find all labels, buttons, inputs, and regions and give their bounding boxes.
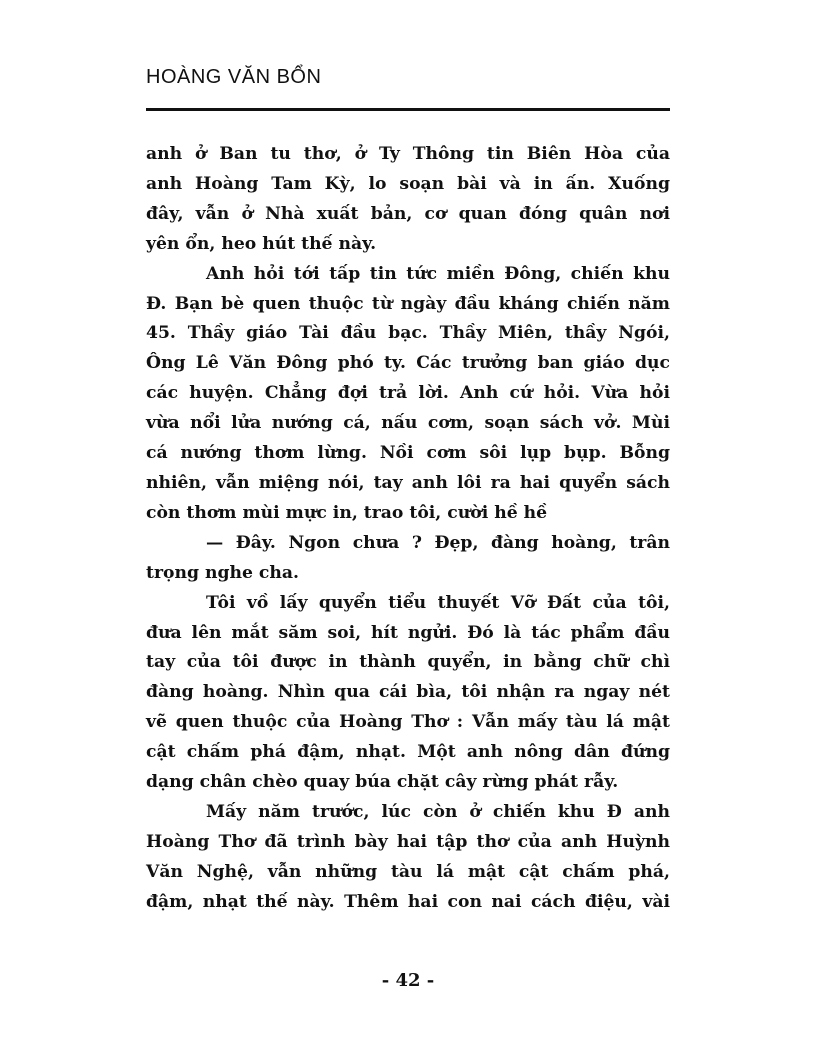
text-line: Mấy năm trước, lúc còn ở chiến khu Đ anh [146, 798, 670, 828]
text-line: Tôi vồ lấy quyển tiểu thuyết Vỡ Đất của … [146, 589, 670, 619]
text-line: dạng chân chèo quay búa chặt cây rừng ph… [146, 768, 670, 798]
text-line: nhiên, vẫn miệng nói, tay anh lôi ra hai… [146, 469, 670, 499]
paragraph-3: — Đây. Ngon chưa ? Đẹp, đàng hoàng, trân… [146, 529, 670, 589]
text-line: 45. Thầy giáo Tài đầu bạc. Thầy Miên, th… [146, 319, 670, 349]
text-line: vẽ quen thuộc của Hoàng Thơ : Vẫn mấy tà… [146, 708, 670, 738]
text-line: đưa lên mắt săm soi, hít ngửi. Đó là tác… [146, 619, 670, 649]
page-number: - 42 - [0, 970, 816, 991]
paragraph-4: Tôi vồ lấy quyển tiểu thuyết Vỡ Đất của … [146, 589, 670, 798]
text-line: đậm, nhạt thế này. Thêm hai con nai cách… [146, 888, 670, 918]
text-line: còn thơm mùi mực in, trao tôi, cười hề h… [146, 499, 670, 529]
text-line: Văn Nghệ, vẫn những tàu lá mật cật chấm … [146, 858, 670, 888]
text-line: đàng hoàng. Nhìn qua cái bìa, tôi nhận r… [146, 678, 670, 708]
text-line: các huyện. Chẳng đợi trả lời. Anh cứ hỏi… [146, 379, 670, 409]
text-line: Hoàng Thơ đã trình bày hai tập thơ của a… [146, 828, 670, 858]
text-line: vừa nổi lửa nướng cá, nấu cơm, soạn sách… [146, 409, 670, 439]
text-line: Ông Lê Văn Đông phó ty. Các trưởng ban g… [146, 349, 670, 379]
paragraph-2: Anh hỏi tới tấp tin tức miền Đông, chiến… [146, 260, 670, 529]
text-line: tay của tôi được in thành quyển, in bằng… [146, 648, 670, 678]
text-line: trọng nghe cha. [146, 559, 670, 589]
text-line: cá nướng thơm lừng. Nồi cơm sôi lụp bụp.… [146, 439, 670, 469]
text-line: đây, vẫn ở Nhà xuất bản, cơ quan đóng qu… [146, 200, 670, 230]
text-line: Anh hỏi tới tấp tin tức miền Đông, chiến… [146, 260, 670, 290]
text-line: cật chấm phá đậm, nhạt. Một anh nông dân… [146, 738, 670, 768]
text-line: anh ở Ban tu thơ, ở Ty Thông tin Biên Hò… [146, 140, 670, 170]
dialogue-line: — Đây. Ngon chưa ? Đẹp, đàng hoàng, trân [146, 529, 670, 559]
body-text: anh ở Ban tu thơ, ở Ty Thông tin Biên Hò… [146, 140, 670, 918]
paragraph-5: Mấy năm trước, lúc còn ở chiến khu Đ anh… [146, 798, 670, 918]
text-line: anh Hoàng Tam Kỳ, lo soạn bài và in ấn. … [146, 170, 670, 200]
header-rule [146, 108, 670, 111]
text-line: yên ổn, heo hút thế này. [146, 230, 670, 260]
running-head: HOÀNG VĂN BỔN [146, 66, 321, 89]
paragraph-1: anh ở Ban tu thơ, ở Ty Thông tin Biên Hò… [146, 140, 670, 260]
text-line: Đ. Bạn bè quen thuộc từ ngày đầu kháng c… [146, 290, 670, 320]
